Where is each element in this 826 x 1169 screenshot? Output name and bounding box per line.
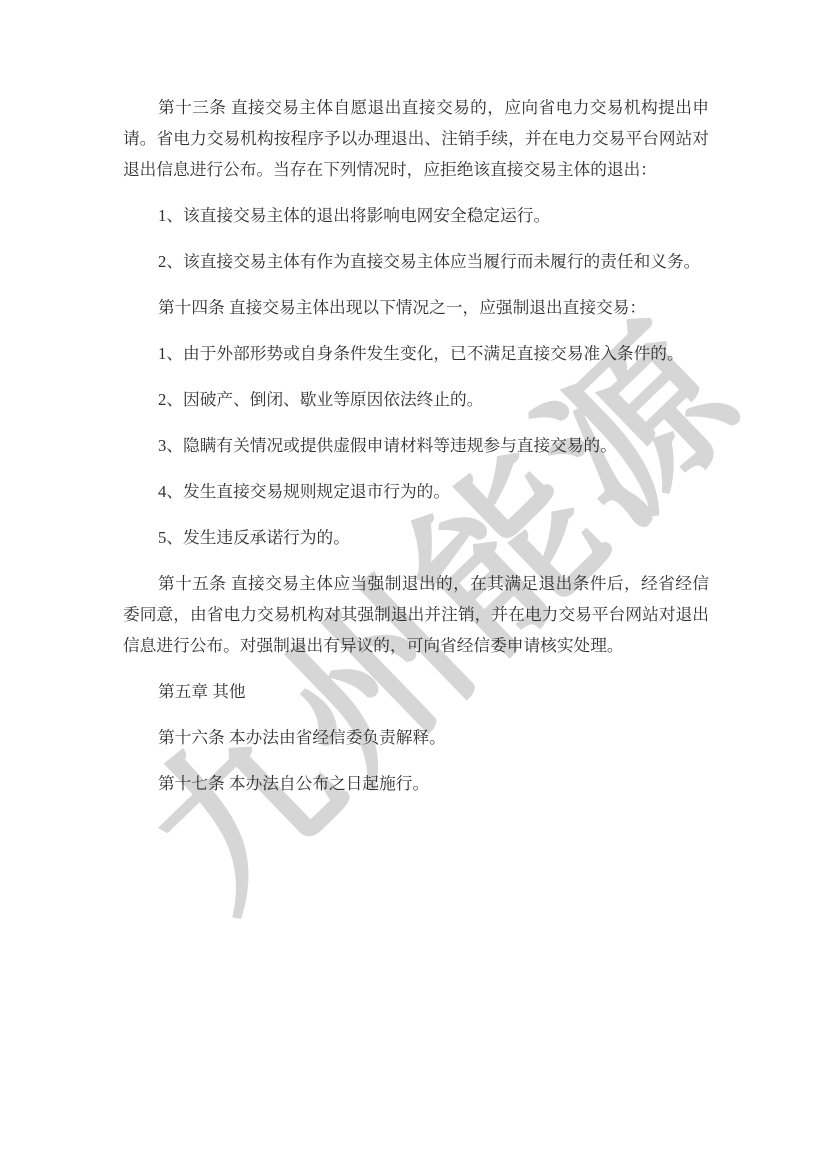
document-page: 九州能源 第十三条 直接交易主体自愿退出直接交易的，应向省电力交易机构提出申请。… bbox=[0, 0, 826, 1169]
article-paragraph: 第十五条 直接交易主体应当强制退出的，在其满足退出条件后，经省经信委同意，由省电… bbox=[123, 568, 709, 661]
list-item: 2、因破产、倒闭、歇业等原因依法终止的。 bbox=[123, 384, 709, 415]
document-content: 第十三条 直接交易主体自愿退出直接交易的，应向省电力交易机构提出申请。省电力交易… bbox=[123, 92, 709, 814]
list-item: 2、该直接交易主体有作为直接交易主体应当履行而未履行的责任和义务。 bbox=[123, 246, 709, 277]
article-paragraph: 第十七条 本办法自公布之日起施行。 bbox=[123, 768, 709, 799]
article-paragraph: 第十四条 直接交易主体出现以下情况之一，应强制退出直接交易： bbox=[123, 292, 709, 323]
list-item: 5、发生违反承诺行为的。 bbox=[123, 522, 709, 553]
article-paragraph: 第十六条 本办法由省经信委负责解释。 bbox=[123, 722, 709, 753]
list-item: 1、该直接交易主体的退出将影响电网安全稳定运行。 bbox=[123, 200, 709, 231]
list-item: 3、隐瞒有关情况或提供虚假申请材料等违规参与直接交易的。 bbox=[123, 430, 709, 461]
chapter-heading: 第五章 其他 bbox=[123, 676, 709, 707]
list-item: 4、发生直接交易规则规定退市行为的。 bbox=[123, 476, 709, 507]
list-item: 1、由于外部形势或自身条件发生变化，已不满足直接交易准入条件的。 bbox=[123, 338, 709, 369]
article-paragraph: 第十三条 直接交易主体自愿退出直接交易的，应向省电力交易机构提出申请。省电力交易… bbox=[123, 92, 709, 185]
